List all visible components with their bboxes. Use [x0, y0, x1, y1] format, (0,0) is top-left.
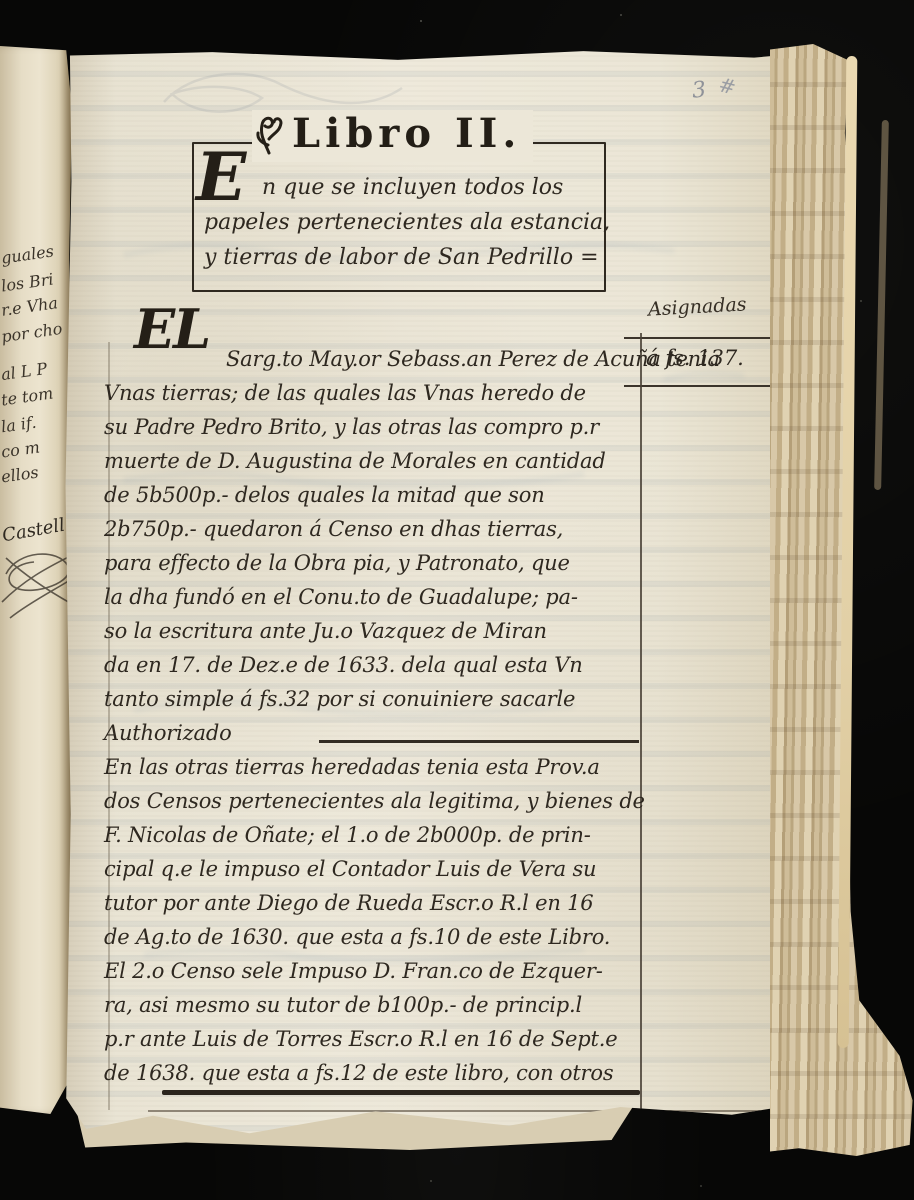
manuscript-line: su Padre Pedro Brito, y las otras las co…	[104, 410, 684, 444]
bottom-frame-rule	[148, 1110, 774, 1112]
manuscript-line: Vnas tierras; de las quales las Vnas her…	[104, 376, 684, 410]
verso-line-fragment: la if.	[0, 413, 37, 437]
verso-line-fragment: los Bri	[0, 269, 55, 295]
authorizado-trailing-rule	[319, 740, 639, 743]
verso-signature: Castell	[1, 515, 67, 547]
manuscript-line: dos Censos pertenecientes ala legitima, …	[104, 784, 684, 818]
manuscript-line: para effecto de la Obra pia, y Patronato…	[104, 546, 684, 580]
manuscript-line: ra, asi mesmo su tutor de b100p.- de pri…	[104, 988, 684, 1022]
floral-flourish-icon	[254, 113, 284, 155]
closing-rule	[162, 1090, 640, 1095]
page-title-text: Libro II.	[292, 114, 521, 154]
manuscript-line: Authorizado	[104, 716, 684, 750]
verso-line-fragment: guales	[0, 241, 55, 267]
manuscript-line: papeles pertenecientes ala estancia,	[204, 205, 596, 240]
margin-rule-top	[624, 337, 772, 339]
manuscript-line: de Ag.to de 1630. que esta a fs.10 de es…	[104, 920, 684, 954]
manuscript-line: so la escritura ante Ju.o Vazquez de Mir…	[104, 614, 684, 648]
signature-rubric-flourish	[0, 544, 78, 634]
manuscript-line: muerte de D. Augustina de Morales en can…	[104, 444, 684, 478]
manuscript-line: cipal q.e le impuso el Contador Luis de …	[104, 852, 684, 886]
manuscript-line: 2b750p.- quedaron á Censo en dhas tierra…	[104, 512, 684, 546]
cover-edge-streak	[874, 120, 889, 490]
verso-line-fragment: por cho	[0, 319, 64, 346]
page-title: Libro II.	[252, 110, 533, 162]
manuscript-line: la dha fundó en el Conu.to de Guadalupe;…	[104, 580, 684, 614]
dust-specks	[420, 20, 422, 22]
manuscript-line: En las otras tierras heredadas tenia est…	[104, 750, 684, 784]
verso-line-fragment: r.e Vha	[0, 293, 59, 320]
manuscript-page: 3 # Libro II. E n que se incluyen todos …	[64, 50, 806, 1142]
margin-heading: Asignadas	[647, 293, 747, 320]
manuscript-line: y tierras de labor de San Pedrillo =	[204, 240, 596, 275]
manuscript-line: tutor por ante Diego de Rueda Escr.o R.l…	[104, 886, 684, 920]
paragraph-2: En las otras tierras heredadas tenia est…	[104, 750, 684, 1090]
manuscript-line: Sarg.to May.or Sebass.an Perez de Acuña …	[104, 342, 684, 376]
verso-line-fragment: ellos	[0, 462, 40, 486]
verso-line-fragment: te tom	[0, 383, 54, 409]
manuscript-line: F. Nicolas de Oñate; el 1.o de 2b000p. d…	[104, 818, 684, 852]
folio-number: 3	[691, 77, 708, 103]
manuscript-line: El 2.o Censo sele Impuso D. Fran.co de E…	[104, 954, 684, 988]
folio-cross-mark: #	[716, 72, 738, 99]
manuscript-line: da en 17. de Dez.e de 1633. dela qual es…	[104, 648, 684, 682]
paragraph-1: Sarg.to May.or Sebass.an Perez de Acuña …	[104, 342, 684, 750]
verso-line-fragment: al L P	[0, 359, 48, 384]
heading-text: n que se incluyen todos lospapeles perte…	[204, 170, 596, 275]
manuscript-line: de 1638. que esta a fs.12 de este libro,…	[104, 1056, 684, 1090]
previous-page-edge: gualeslos Brir.e Vhapor choal L Pte toml…	[0, 46, 72, 1114]
body-text: Sarg.to May.or Sebass.an Perez de Acuña …	[104, 342, 684, 1090]
photograph-background: gualeslos Brir.e Vhapor choal L Pte toml…	[0, 0, 914, 1200]
manuscript-line: n que se incluyen todos los	[204, 170, 596, 205]
verso-line-fragment: co m	[0, 437, 41, 461]
manuscript-line: tanto simple á fs.32 por si conuiniere s…	[104, 682, 684, 716]
manuscript-line: de 5b500p.- delos quales la mitad que so…	[104, 478, 684, 512]
manuscript-line: p.r ante Luis de Torres Escr.o R.l en 16…	[104, 1022, 684, 1056]
